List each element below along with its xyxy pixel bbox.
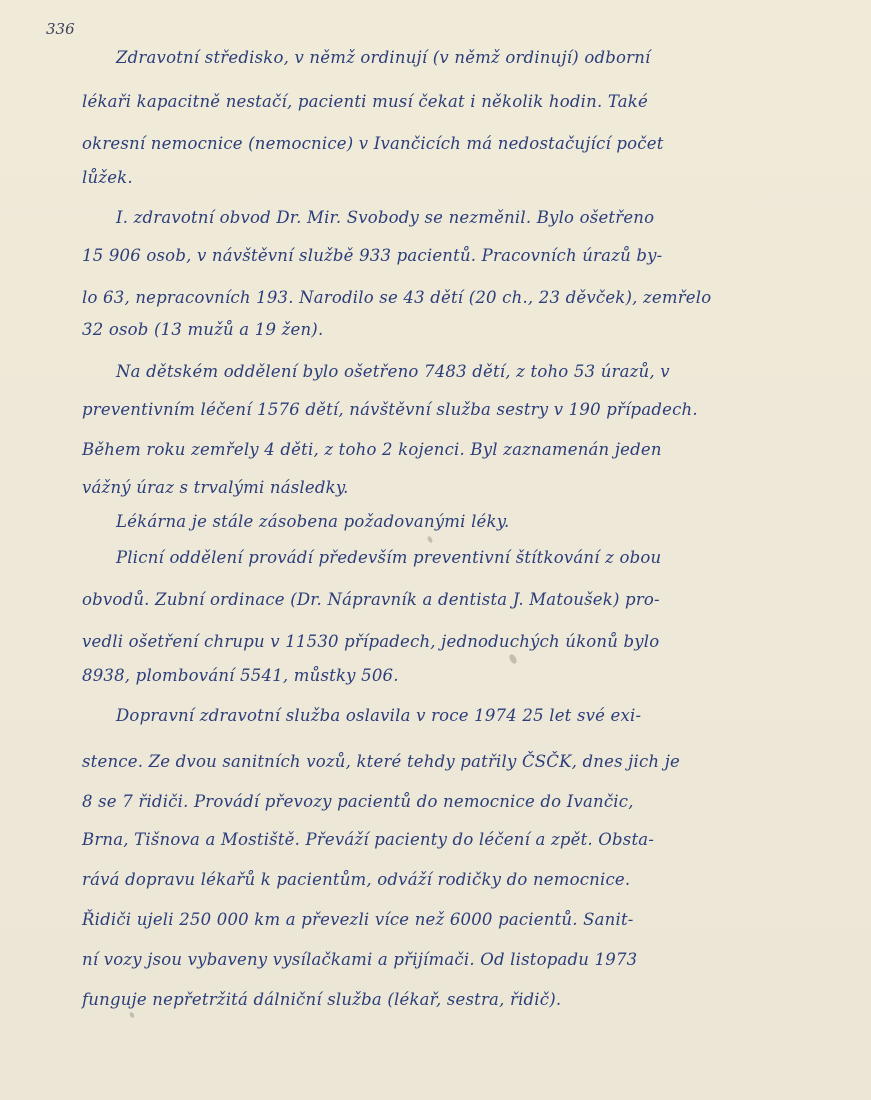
text-line: obvodů. Zubní ordinace (Dr. Nápravník a … (82, 590, 822, 609)
text-line: lékaři kapacitně nestačí, pacienti musí … (82, 92, 822, 111)
text-line: lůžek. (82, 168, 822, 187)
text-line: funguje nepřetržitá dálniční služba (lék… (82, 990, 822, 1009)
text-line: Plicní oddělení provádí především preven… (116, 548, 856, 567)
text-line: Dopravní zdravotní služba oslavila v roc… (116, 706, 856, 725)
text-line: Zdravotní středisko, v němž ordinují (v … (116, 48, 856, 67)
text-line: vážný úraz s trvalými následky. (82, 478, 822, 497)
text-line: I. zdravotní obvod Dr. Mir. Svobody se n… (116, 208, 856, 227)
text-line: 15 906 osob, v návštěvní službě 933 paci… (82, 246, 822, 265)
text-line: Na dětském oddělení bylo ošetřeno 7483 d… (116, 362, 856, 381)
text-line: 32 osob (13 mužů a 19 žen). (82, 320, 822, 339)
text-line: 8938, plombování 5541, můstky 506. (82, 666, 822, 685)
text-line: ní vozy jsou vybaveny vysílačkami a přij… (82, 950, 822, 969)
text-line: vedli ošetření chrupu v 11530 případech,… (82, 632, 822, 651)
text-line: Brna, Tišnova a Mostiště. Převáží pacien… (82, 830, 822, 849)
manuscript-page: 336 Zdravotní středisko, v němž ordinují… (0, 0, 871, 1100)
text-line: lo 63, nepracovních 193. Narodilo se 43 … (82, 288, 822, 307)
text-line: stence. Ze dvou sanitních vozů, které te… (82, 752, 822, 771)
text-line: 8 se 7 řidiči. Provádí převozy pacientů … (82, 792, 822, 811)
ink-smudge (129, 1011, 135, 1018)
ink-smudge (427, 535, 434, 543)
ink-smudge (508, 653, 518, 665)
text-line: preventivním léčení 1576 dětí, návštěvní… (82, 400, 822, 419)
text-line: okresní nemocnice (nemocnice) v Ivančicí… (82, 134, 822, 153)
text-line: Řidiči ujeli 250 000 km a převezli více … (82, 910, 822, 929)
text-line: Během roku zemřely 4 děti, z toho 2 koje… (82, 440, 822, 459)
page-number: 336 (46, 20, 75, 38)
text-line: Lékárna je stále zásobena požadovanými l… (116, 512, 856, 531)
text-line: rává dopravu lékařů k pacientům, odváží … (82, 870, 822, 889)
